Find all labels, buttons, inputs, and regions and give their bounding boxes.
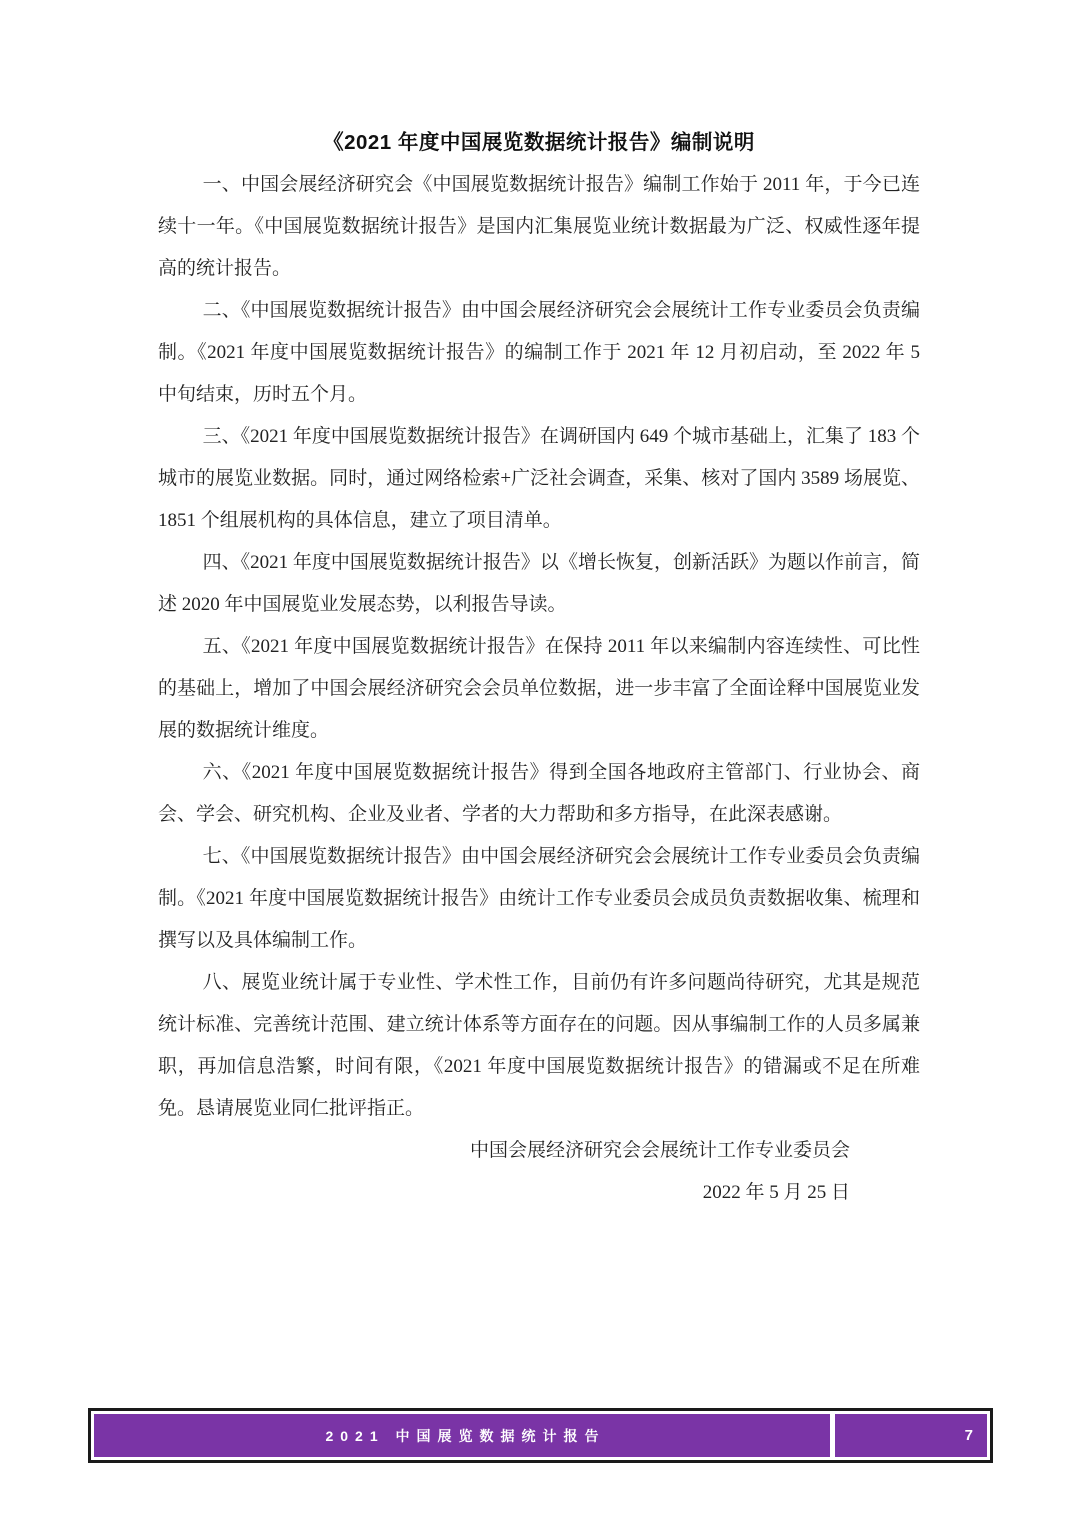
- signature-line: 中国会展经济研究会会展统计工作专业委员会: [158, 1130, 920, 1172]
- document-body: 一、中国会展经济研究会《中国展览数据统计报告》编制工作始于 2011 年，于今已…: [158, 164, 920, 1130]
- paragraph: 三、《2021 年度中国展览数据统计报告》在调研国内 649 个城市基础上，汇集…: [158, 416, 920, 542]
- paragraph: 七、《中国展览数据统计报告》由中国会展经济研究会会展统计工作专业委员会负责编制。…: [158, 836, 920, 962]
- document-page: 《2021 年度中国展览数据统计报告》编制说明 一、中国会展经济研究会《中国展览…: [0, 0, 1080, 1527]
- document-content: 《2021 年度中国展览数据统计报告》编制说明 一、中国会展经济研究会《中国展览…: [158, 0, 920, 1214]
- paragraph: 六、《2021 年度中国展览数据统计报告》得到全国各地政府主管部门、行业协会、商…: [158, 752, 920, 836]
- footer-report-title: 2021 中国展览数据统计报告: [318, 1426, 605, 1446]
- paragraph: 二、《中国展览数据统计报告》由中国会展经济研究会会展统计工作专业委员会负责编制。…: [158, 290, 920, 416]
- date-line: 2022 年 5 月 25 日: [158, 1172, 920, 1214]
- footer-page-number: 7: [965, 1427, 973, 1444]
- paragraph: 八、展览业统计属于专业性、学术性工作，目前仍有许多问题尚待研究，尤其是规范统计标…: [158, 962, 920, 1130]
- paragraph: 一、中国会展经济研究会《中国展览数据统计报告》编制工作始于 2011 年，于今已…: [158, 164, 920, 290]
- footer-report-title-cell: 2021 中国展览数据统计报告: [94, 1414, 830, 1457]
- footer-bar: 2021 中国展览数据统计报告 7: [88, 1408, 993, 1463]
- document-title: 《2021 年度中国展览数据统计报告》编制说明: [158, 122, 920, 164]
- paragraph: 五、《2021 年度中国展览数据统计报告》在保持 2011 年以来编制内容连续性…: [158, 626, 920, 752]
- footer-page-number-cell: 7: [835, 1414, 987, 1457]
- paragraph: 四、《2021 年度中国展览数据统计报告》以《增长恢复，创新活跃》为题以作前言，…: [158, 542, 920, 626]
